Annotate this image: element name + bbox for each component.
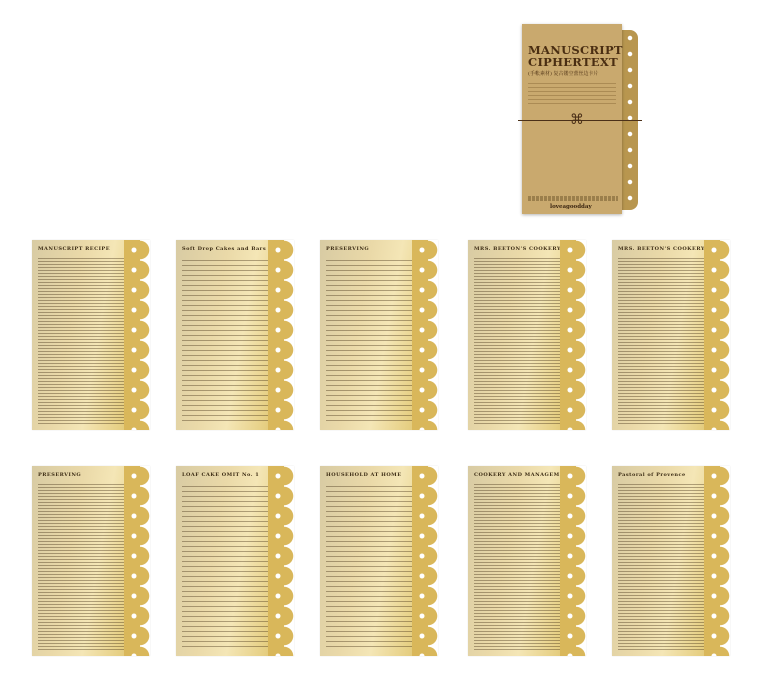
scallop-edge [720, 466, 730, 656]
card-header: MRS. BEETON'S COOKERY [474, 246, 574, 252]
card-print-text [326, 482, 418, 650]
card-header: HOUSEHOLD AT HOME [326, 472, 426, 478]
lace-card: PRESERVING [32, 466, 150, 656]
lace-card: COOKERY AND MANAGEMENT [468, 466, 586, 656]
fine-print [528, 196, 618, 201]
card-header: MANUSCRIPT RECIPE [38, 246, 138, 252]
card-print-text [474, 482, 566, 650]
card-print-text [618, 256, 710, 424]
card-print-text [618, 482, 710, 650]
scallop-edge [140, 466, 150, 656]
scallop-edge [720, 240, 730, 430]
card-header: PRESERVING [326, 246, 426, 252]
scallop-edge [428, 466, 438, 656]
package-subtitle: (手帐素材) 复古镂空蕾丝边卡片 [528, 70, 620, 77]
card-print-text [326, 256, 418, 424]
script-lines [528, 80, 616, 106]
card-header: Pastoral of Provence [618, 472, 718, 478]
card-header: COOKERY AND MANAGEMENT [474, 472, 574, 478]
card-print-text [182, 256, 274, 424]
card-print-text [182, 482, 274, 650]
scallop-edge [140, 240, 150, 430]
package-title: MANUSCRIPT CIPHERTEXT [528, 44, 618, 68]
lace-card: Pastoral of Provence [612, 466, 730, 656]
title-line-2: CIPHERTEXT [528, 56, 618, 68]
card-header: Soft Drop Cakes and Bars [182, 246, 282, 252]
lace-card: MANUSCRIPT RECIPE [32, 240, 150, 430]
card-print-text [38, 482, 130, 650]
lace-card: MRS. BEETON'S COOKERY [468, 240, 586, 430]
scallop-edge [576, 240, 586, 430]
card-print-text [38, 256, 130, 424]
lace-card: PRESERVING [320, 240, 438, 430]
card-print-text [474, 256, 566, 424]
card-header: PRESERVING [38, 472, 138, 478]
brand-label: loveagoodday [550, 204, 592, 210]
scallop-edge [284, 466, 294, 656]
scallop-edge [576, 466, 586, 656]
scallop-edge [284, 240, 294, 430]
lace-card: MRS. BEETON'S COOKERY [612, 240, 730, 430]
card-header: MRS. BEETON'S COOKERY [618, 246, 718, 252]
lace-card: Soft Drop Cakes and Bars [176, 240, 294, 430]
scallop-edge [428, 240, 438, 430]
card-header: LOAF CAKE OMIT No. 1 [182, 472, 282, 478]
lace-card: HOUSEHOLD AT HOME [320, 466, 438, 656]
bow-icon: ⌘ [570, 112, 584, 128]
lace-card: LOAF CAKE OMIT No. 1 [176, 466, 294, 656]
